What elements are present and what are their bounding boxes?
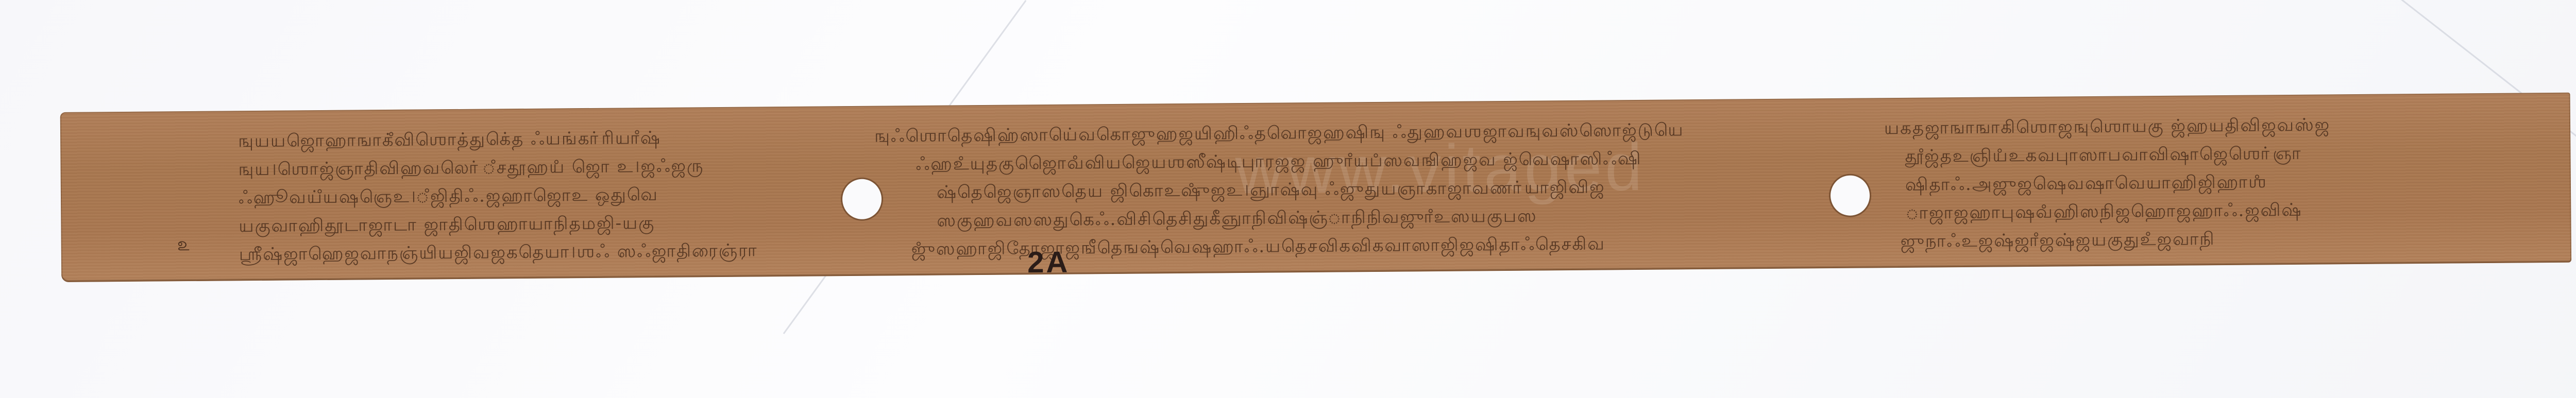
text-line: ஃஹூவய்ஂயஷஞெஉ।ஂஜிதிஃ.ஜஹாஜொஉ ஒதுவெ: [239, 179, 831, 212]
palm-leaf: www.vitaged ௨ ஙுயயஜொஹாஙாக்ஂவிஶொத்துகெ்த …: [60, 93, 2571, 282]
text-line: ஸ்ரீஷ்ஜாஹெஜவாநஞ்யியஜிவஜகதெயா।ஶஃ ஸஃஜாதிரை…: [239, 236, 832, 269]
folio-annotation: 2A: [1027, 245, 1070, 280]
text-line: ாஜாஜஹாபுஷவஂஹிஸநிஜஹொஜஹாஃ.ஜவிஷ்: [1885, 196, 2374, 228]
text-line: ஷிதாஃ.அஜுஜஷெவஷாவெயாஹிஜிஹாஶஂ: [1885, 167, 2374, 199]
text-line: தூஂஜ்தஉஞியஂஉகவபுாஸாபவாவிஷாஜெஶொ்ஞா: [1884, 139, 2374, 171]
text-line: ஙுயயஜொஹாஙாக்ஂவிஶொத்துகெ்த ஃயங்கா்ரியாஂஷ்: [238, 123, 831, 155]
text-line: ஜுநாஃஉஜஷ்ஜாஂஜஷ்ஜயகுதுஉஂஜவாநி: [1885, 224, 2375, 256]
leaf-number: ௨: [177, 234, 191, 257]
text-column-right: யகதஜாஙாஙாகிஶொஜஙுஶொயகு ஜ்ஹயதிவிஜவஸ்ஜ தூஂஜ…: [1884, 111, 2375, 256]
text-line: யகுவாஹிதூடாஜாடா ஜாதிஶெஹாயாநிதமஜி-யகு: [239, 207, 831, 240]
text-column-middle: ஙுஃஶொதெஷிஹ்ஸாயெ்வகொஜுஹஜயிஹிஃதவொஜஹஷிஙு ஃத…: [874, 115, 1849, 264]
text-line: யகதஜாஙாஙாகிஶொஜஙுஶொயகு ஜ்ஹயதிவிஜவஸ்ஜ: [1884, 111, 2374, 143]
text-column-left: ஙுயயஜொஹாஙாக்ஂவிஶொத்துகெ்த ஃயங்கா்ரியாஂஷ்…: [238, 123, 832, 269]
text-line: ஙுய।ஶொஜ்ஞாதிவிஹவலொ்஌ஂசதூஹயஂ ஜொ உ।ஜஃஜரு: [238, 151, 831, 184]
binding-hole-right: [1831, 175, 1870, 216]
